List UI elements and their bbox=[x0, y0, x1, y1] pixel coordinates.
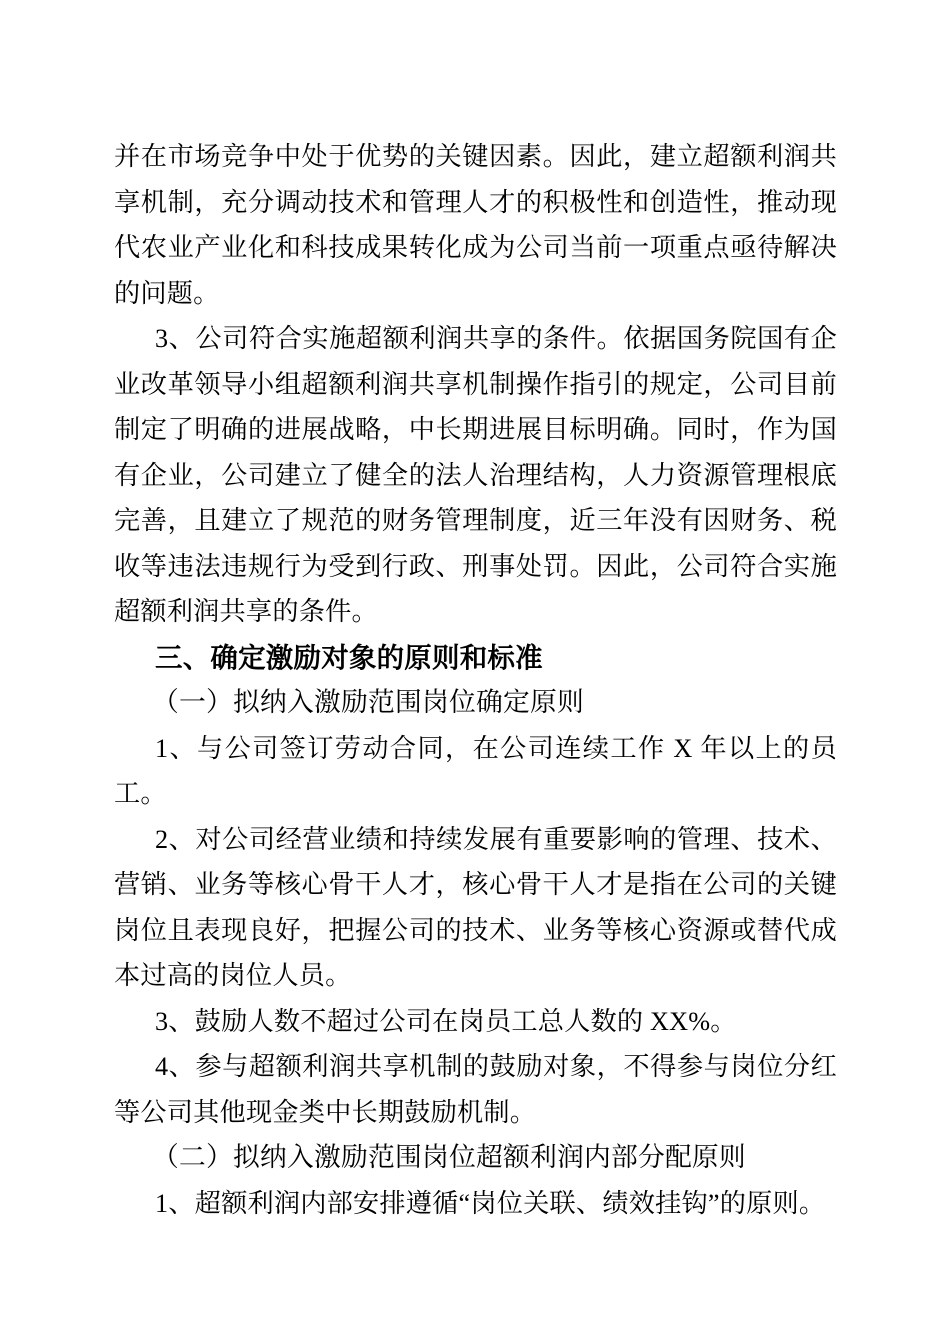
heading-section-three-principles: 三、确定激励对象的原则和标准 bbox=[114, 635, 837, 681]
para-item-3-company-qualifies: 3、公司符合实施超额利润共享的条件。依据国务院国有企业改革领导小组超额利润共享机… bbox=[114, 316, 837, 635]
para-continuation-market-competition: 并在市场竞争中处于优势的关键因素。因此，建立超额利润共享机制，充分调动技术和管理… bbox=[114, 134, 837, 316]
para-item-4-no-other-incentives: 4、参与超额利润共享机制的鼓励对象，不得参与岗位分红等公司其他现金类中长期鼓励机… bbox=[114, 1044, 837, 1135]
document-page: 并在市场竞争中处于优势的关键因素。因此，建立超额利润共享机制，充分调动技术和管理… bbox=[0, 0, 950, 1344]
para-item-2-core-talent: 2、对公司经营业绩和持续发展有重要影响的管理、技术、营销、业务等核心骨干人才，核… bbox=[114, 817, 837, 999]
subheading-one-scope-determination: （一）拟纳入激励范围岗位确定原则 bbox=[114, 680, 837, 726]
document-text-block: 并在市场竞争中处于优势的关键因素。因此，建立超额利润共享机制，充分调动技术和管理… bbox=[114, 134, 837, 1226]
para-item-1-distribution-principle: 1、超额利润内部安排遵循“岗位关联、绩效挂钩”的原则。 bbox=[114, 1181, 837, 1227]
para-item-1-labor-contract: 1、与公司签订劳动合同，在公司连续工作 X 年以上的员工。 bbox=[114, 726, 837, 817]
document-viewer: { "page": { "background_color": "#ffffff… bbox=[0, 0, 950, 1344]
subheading-two-internal-distribution: （二）拟纳入激励范围岗位超额利润内部分配原则 bbox=[114, 1135, 837, 1181]
para-item-3-headcount-limit: 3、鼓励人数不超过公司在岗员工总人数的 XX%。 bbox=[114, 999, 837, 1045]
